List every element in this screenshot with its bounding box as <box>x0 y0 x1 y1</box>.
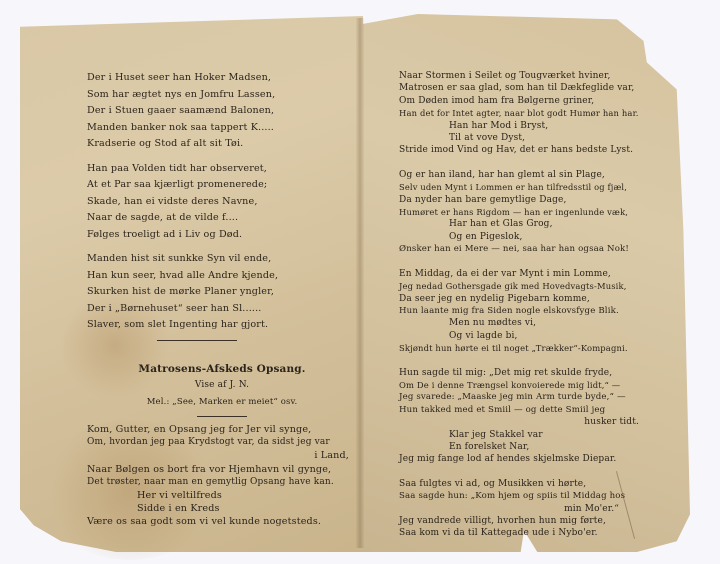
verse-line: Kradserie og Stod af alt sit Tøi. <box>87 136 357 153</box>
verse-line: Saa kom vi da til Kattegade ude i Nybo'e… <box>399 527 669 539</box>
verse-line: Det trøster, naar man en gemytlig Opsang… <box>87 476 357 489</box>
right-stanza-1: Naar Stormen i Seilet og Tougværket hvin… <box>399 70 669 157</box>
right-text-column: Naar Stormen i Seilet og Tougværket hvin… <box>399 70 669 540</box>
verse-line: Da nyder han bare gemytlige Dage, <box>399 194 669 206</box>
verse-line: Slaver, som slet Ingenting har gjort. <box>87 317 357 334</box>
verse-line: Han det for Intet agter, naar blot godt … <box>399 107 669 119</box>
verse-line: Skade, han ei vidste deres Navne, <box>87 194 357 211</box>
verse-line: Og en Pigeslok, <box>399 231 669 243</box>
verse-line: Manden hist sit sunkke Syn vil ende, <box>87 251 357 268</box>
verse-line: Humøret er hans Rigdom — han er ingenlun… <box>399 206 669 218</box>
verse-line: Som har ægtet nys en Jomfru Lassen, <box>87 87 357 104</box>
verse-line: Matrosen er saa glad, som han til Dækfeg… <box>399 82 669 94</box>
verse-line: Da seer jeg en nydelig Pigebarn komme, <box>399 293 669 305</box>
verse-line: Jeg nedad Gothersgade gik med Hovedvagts… <box>399 280 669 292</box>
verse-line: Om, hvordan jeg paa Krydstogt var, da si… <box>87 436 357 449</box>
verse-line: Til at vove Dyst, <box>399 132 669 144</box>
left-text-column: Der i Huset seer han Hoker Madsen, Som h… <box>87 70 357 529</box>
verse-line: Om Døden imod ham fra Bølgerne griner, <box>399 95 669 107</box>
verse-line: Skurken hist de mørke Planer yngler, <box>87 284 357 301</box>
verse-line: En forelsket Nar, <box>399 441 669 453</box>
left-stanza-1: Der i Huset seer han Hoker Madsen, Som h… <box>87 70 357 153</box>
song-title: Matrosens-Afskeds Opsang. <box>87 361 357 378</box>
verse-line: Følges troeligt ad i Liv og Død. <box>87 227 357 244</box>
verse-line: i Land, <box>87 449 357 462</box>
verse-line: Har han et Glas Grog, <box>399 218 669 230</box>
verse-line: Jeg vandrede villigt, hvorhen hun mig fø… <box>399 515 669 527</box>
document-spread: Der i Huset seer han Hoker Madsen, Som h… <box>0 0 720 564</box>
verse-line: Naar Stormen i Seilet og Tougværket hvin… <box>399 70 669 82</box>
verse-line: Der i Stuen gaaer saamænd Balonen, <box>87 103 357 120</box>
divider <box>197 416 247 417</box>
verse-line: Saa fulgtes vi ad, og Musikken vi hørte, <box>399 478 669 490</box>
verse-line: Om De i denne Trængsel konvoierede mig l… <box>399 379 669 391</box>
verse-line: Og vi lagde bi, <box>399 330 669 342</box>
verse-line: Ønsker han ei Mere — nei, saa har han og… <box>399 243 669 255</box>
verse-line: Han paa Volden tidt har observeret, <box>87 161 357 178</box>
right-stanza-2: Og er han iland, har han glemt al sin Pl… <box>399 169 669 256</box>
verse-line: Der i Huset seer han Hoker Madsen, <box>87 70 357 87</box>
song-subtitle: Vise af J. N. <box>87 377 357 394</box>
verse-line: En Middag, da ei der var Mynt i min Lomm… <box>399 268 669 280</box>
verse-line: Hun takked med et Smiil — og dette Smiil… <box>399 404 669 416</box>
verse-line: Være os saa godt som vi vel kunde nogets… <box>87 515 357 528</box>
verse-line: Naar Bølgen os bort fra vor Hjemhavn vil… <box>87 463 357 476</box>
center-fold <box>356 18 364 548</box>
verse-line: Saa sagde hun: „Kom hjem og spiis til Mi… <box>399 490 669 502</box>
right-stanza-4: Hun sagde til mig: „Det mig ret skulde f… <box>399 367 669 466</box>
right-stanza-5: Saa fulgtes vi ad, og Musikken vi hørte,… <box>399 478 669 540</box>
verse-line: Jeg mig fange lod af hendes skjelmske Di… <box>399 453 669 465</box>
verse-line: Og er han iland, har han glemt al sin Pl… <box>399 169 669 181</box>
verse-line: Jeg svarede: „Maaske jeg min Arm turde b… <box>399 391 669 403</box>
melody-note: Mel.: „See, Marken er meiet“ osv. <box>87 394 357 411</box>
verse-line: Han kun seer, hvad alle Andre kjende, <box>87 268 357 285</box>
verse-line: Sidde i en Kreds <box>87 502 357 515</box>
verse-line: Der i „Børnehuset“ seer han Sl...... <box>87 301 357 318</box>
left-stanza-2: Han paa Volden tidt har observeret, At e… <box>87 161 357 244</box>
verse-line: Naar de sagde, at de vilde f.... <box>87 210 357 227</box>
verse-line: Hun laante mig fra Siden nogle elskovsfy… <box>399 305 669 317</box>
verse-line: Klar jeg Stakkel var <box>399 429 669 441</box>
verse-line: Stride imod Vind og Hav, det er hans bed… <box>399 144 669 156</box>
verse-line: Her vi veltilfreds <box>87 489 357 502</box>
right-stanza-3: En Middag, da ei der var Mynt i min Lomm… <box>399 268 669 355</box>
verse-line: At et Par saa kjærligt promenerede; <box>87 177 357 194</box>
verse-line: Han har Mod i Bryst, <box>399 120 669 132</box>
verse-line: min Mo'er.“ <box>399 503 669 515</box>
verse-line: Selv uden Mynt i Lommen er han tilfredss… <box>399 181 669 193</box>
left-stanza-3: Manden hist sit sunkke Syn vil ende, Han… <box>87 251 357 334</box>
left-stanza-4: Kom, Gutter, en Opsang jeg for Jer vil s… <box>87 423 357 529</box>
verse-line: Hun sagde til mig: „Det mig ret skulde f… <box>399 367 669 379</box>
verse-line: Skjøndt hun hørte ei til noget „Trækker“… <box>399 342 669 354</box>
verse-line: Men nu mødtes vi, <box>399 317 669 329</box>
verse-line: Kom, Gutter, en Opsang jeg for Jer vil s… <box>87 423 357 436</box>
verse-line: Manden banker nok saa tappert K..... <box>87 120 357 137</box>
verse-line: husker tidt. <box>399 416 669 428</box>
